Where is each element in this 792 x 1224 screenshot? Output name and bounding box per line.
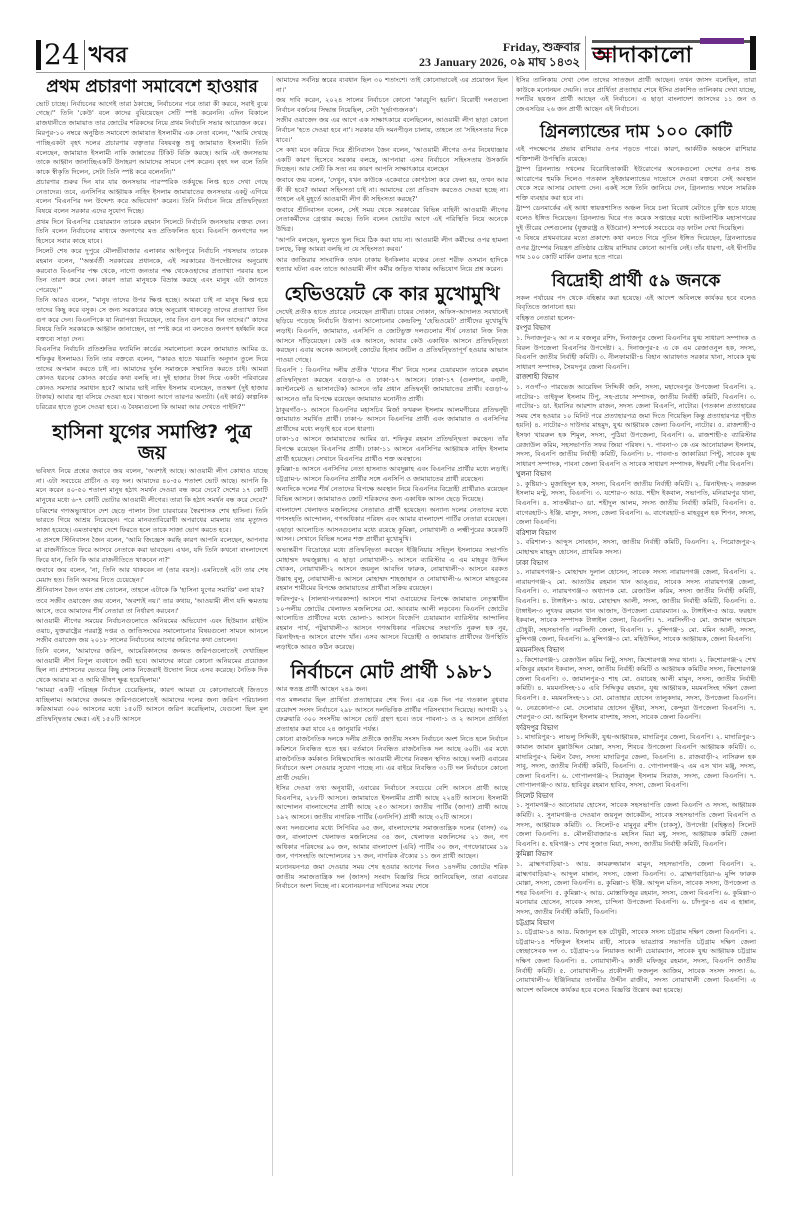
date-label: 23 January 2026, ০৯ মাঘ ১৪৩২ — [419, 55, 580, 70]
paragraph: এ বিষয়ে প্রথমবারের মতো প্রকাশ্যে কথা বল… — [516, 234, 756, 263]
paragraph: বহিষ্কৃত নেতারা হলেন- — [516, 314, 756, 324]
division-list: ১. চট্টগ্রাম-১৪ আড. মিজানুল হক চৌধুরী, স… — [516, 928, 756, 995]
division-heading: কুমিল্লা বিভাগ — [516, 850, 756, 860]
headline-campaign-rally: প্রথম প্রচারণা সমাবেশে হাওয়ার — [36, 78, 268, 98]
article-ec-list: ইসির তালিকায় দেখা গেল তাদের সাতজন প্রার… — [516, 76, 756, 114]
masthead-bar — [750, 36, 756, 70]
article-hasina-era: ভবিষ্যৎ নিয়ে প্রশ্নের জবাবে জয় বলেন, '… — [36, 467, 268, 724]
dateline: Friday, শুক্রবার 23 January 2026, ০৯ মাঘ… — [419, 40, 580, 70]
paragraph: শ্রীনিবাসন জৈন তখন প্রশ্ন তোলেন, তাহলে এ… — [36, 586, 268, 596]
paragraph: চব্বিশের গণঅভ্যুত্থানে দেশ ছেড়ে পালান ট… — [36, 507, 268, 536]
division-heading: বরিশাল বিভাগ — [516, 529, 756, 539]
paragraph: জয় দাবি করেন, ২০২৪ সালের নির্বাচনে কোনো… — [276, 96, 508, 115]
newspaper-page: 24 খবর Friday, শুক্রবার 23 January 2026,… — [36, 36, 756, 1186]
paragraph: 'আপনি বলছেন, ভুলতে ভুল দিয়ে ঠিক করা যায… — [276, 236, 508, 255]
page-number: 24 — [44, 40, 80, 70]
paragraph: জবাবে শ্রীনিবাসন বলেন, সেই সময় থেকে সরক… — [276, 206, 508, 235]
column-rule — [272, 76, 273, 1176]
paragraph: কুমিল্লা-৪ আসনে এনসিপির নেতা হাসনাত আবদু… — [276, 465, 508, 484]
division-heading: ময়মনসিংহ বিভাগ — [516, 646, 756, 656]
paragraph: দেখেই প্রতীক হাতে প্রচারে নেমেছেন প্রার্… — [276, 308, 508, 366]
division-heading: সিলেট বিভাগ — [516, 792, 756, 802]
headline-total-candidates: নির্বাচনে মোট প্রার্থী ১৯৮১ — [276, 662, 508, 684]
division-list: ১. বরিশাল-১ আব্দুস সোবহান, সদস্য, জাতীয়… — [516, 538, 756, 557]
division-list: ১. নারায়ণগঞ্জ-১ মোহাম্মদ দুলাল হোসেন, স… — [516, 568, 756, 645]
paragraph: ঠাকুরগাঁও-১ আসনে বিএনপির মহাসচিব মির্জা … — [276, 406, 508, 435]
paragraph: গত মঙ্গলবার ছিল প্রার্থিতা প্রত্যাহারের … — [276, 696, 508, 734]
masthead-logo: আদাকালো — [585, 36, 756, 70]
article-campaign-rally: ভোট চাচ্ছে। নির্বাচনের আগেই তারা ঠকাচ্ছে… — [36, 100, 268, 413]
paragraph: বিএনপি : বিএনপির দলীয় প্রতীক 'ধানের শীষ… — [276, 366, 508, 404]
paragraph: ভবিষ্যৎ নিয়ে প্রশ্নের জবাবে জয় বলেন, '… — [36, 467, 268, 505]
division-heading: রংপুর বিভাগ — [516, 324, 756, 334]
masthead-title: আদাকালো — [592, 44, 693, 68]
division-heading: ঢাকা বিভাগ — [516, 559, 756, 569]
paragraph: সজীব ওয়াজেদ জয় এর আগে এক সাক্ষাৎকারে ব… — [276, 116, 508, 145]
paragraph: সকল পর্যায়ের পদ থেকে বহিষ্কার করা হয়েছ… — [516, 294, 756, 313]
paragraph: এ প্রসঙ্গে স্টিনিবাসন জৈন বলেন, 'আমি জিজ… — [36, 536, 268, 565]
division-list: ১. কুষ্টিয়া-১ মুজাহিদুল হক, সদস্য, বিএন… — [516, 480, 756, 528]
paragraph: তিনি আরও বলেন, ''মানুষ তাদের উপর ক্ষিপ্ত… — [36, 296, 268, 344]
paragraph: তিনি বলেন, 'আমাদের জরিপ, আমেরিকানদের জনম… — [36, 647, 268, 685]
paragraph: ট্রাম্প ডেনমার্কের এই আধা স্বায়ত্তশাসিত… — [516, 204, 756, 233]
division-heading: রাজশাহী বিভাগ — [516, 373, 756, 383]
article-columns: প্রথম প্রচারণা সমাবেশে হাওয়ার ভোট চাচ্ছ… — [36, 76, 756, 1186]
paragraph: ভোট চাচ্ছে। নির্বাচনের আগেই তারা ঠকাচ্ছে… — [36, 100, 268, 129]
headline-heavyweights: হেভিওয়েট কে কার মুখোমুখি — [276, 284, 508, 306]
paragraph: 'আমরা একটি পরিচ্ছন্ন নির্বাচন চেয়েছিলাম… — [36, 686, 268, 724]
page-number-bar — [36, 40, 41, 70]
division-heading: ফরিদপুর বিভাগ — [516, 724, 756, 734]
paragraph: এই পদক্ষেপের প্রভাব রাশিয়ার ওপর পড়তে প… — [516, 145, 756, 164]
division-list: ১. ব্রাহ্মণবাড়িয়া-১ আড. কামরুজ্জামান ম… — [516, 860, 756, 918]
paragraph: আমাদের সর্বনিম্ন স্তরের ব্যবধান ছিল ৩০ শ… — [276, 76, 508, 95]
paragraph: বিএনপির নির্বাচনি প্রতিশ্রুতির ফ্যামিলি … — [36, 345, 268, 412]
paragraph: জবাবে জয় বলেন, 'দেখুন, যখন কাউকে একেবার… — [276, 176, 508, 205]
article-jay-interview: আমাদের সর্বনিম্ন স্তরের ব্যবধান ছিল ৩০ শ… — [276, 76, 508, 275]
column-left: প্রথম প্রচারণা সমাবেশে হাওয়ার ভোট চাচ্ছ… — [36, 76, 268, 1186]
paragraph: এছাড়া আলোচিত আসনগুলোর মধ্যে রয়েছে কুমি… — [276, 526, 508, 545]
division-heading: খুলনা বিভাগ — [516, 470, 756, 480]
day-label: Friday, শুক্রবার — [419, 40, 580, 55]
section-name: খবর — [89, 42, 128, 70]
headline-hasina-era: হাসিনা যুগের সমাপ্তি? পুত্র জয় — [36, 422, 268, 466]
column-middle: আমাদের সর্বনিম্ন স্তরের ব্যবধান ছিল ৩০ শ… — [276, 76, 508, 1186]
paragraph: ইসির তালিকায় দেখা গেল তাদের সাতজন প্রার… — [516, 76, 756, 114]
division-list: ১. সুনামগঞ্জ-৩ আনোয়ার হোসেন, সাবেক সহসভ… — [516, 801, 756, 849]
paragraph: সিলেট শেষ করে দুপুরে মৌলভীবাজার এলাকার আ… — [36, 247, 268, 295]
page-header: 24 খবর Friday, শুক্রবার 23 January 2026,… — [36, 36, 756, 73]
page-number-block: 24 খবর — [36, 36, 127, 70]
paragraph: সে কথা মনে করিয়ে দিয়ে শ্রীনিবাসন জৈন ব… — [276, 146, 508, 175]
headline-rebels: বিদ্রোহী প্রার্থী ৫৯ জনকে — [516, 272, 756, 292]
paragraph: মিরপুর-১০ নম্বরে অনুষ্ঠিত সমাবেশে জামায়… — [36, 129, 268, 177]
paragraph: প্রথম দিনে বিএনপির চেয়ারম্যান তারেক রহম… — [36, 218, 268, 247]
paragraph: ঢাকা-১৫ আসনে জামায়াতের আমির ডা. শফিকুর … — [276, 435, 508, 464]
column-right: ইসির তালিকায় দেখা গেল তাদের সাতজন প্রার… — [516, 76, 756, 1186]
paragraph: আওয়ামী লীগের সময়ের নির্বাচনগুলোতে অনিয… — [36, 617, 268, 646]
paragraph: আর জাজিরার সাংবাদিক তখন ঢাকায় ইনকিলাব ম… — [276, 256, 508, 275]
article-total-candidates: আর স্বতন্ত্র প্রার্থী আছেন ২৪৯ জন। গত মঙ… — [276, 685, 508, 891]
paragraph: আর স্বতন্ত্র প্রার্থী আছেন ২৪৯ জন। — [276, 685, 508, 695]
paragraph: অন্য দলগুলোর মধ্যে সিপিবির ৬৫ জন, বাংলাদ… — [276, 824, 508, 862]
paragraph: জবাবে জয় বলেন, 'না, তিনি আর থাকবেন না (… — [36, 566, 268, 585]
paragraph: ইসির দেওয়া তথ্য অনুযায়ী, এবারের নির্বা… — [276, 784, 508, 822]
article-rebels: সকল পর্যায়ের পদ থেকে বহিষ্কার করা হয়েছ… — [516, 294, 756, 996]
column-rule — [512, 76, 513, 1176]
paragraph: ট্রাম্প গ্রিনল্যান্ড দখলের বিরোধিতাকারী … — [516, 165, 756, 203]
paragraph: ফরিদপুর-২ (সালথা-নগরকান্দা) আসনে শামা ওব… — [276, 595, 508, 653]
paragraph: প্রচারণার শুরুর দিন যার যার জনসভায় পারস… — [36, 178, 268, 216]
masthead-tag — [700, 38, 744, 44]
division-list: ১. নওগাঁ-৩ পারভেজ আরেফিন সিদ্দিকী জনি, স… — [516, 383, 756, 469]
division-heading: চট্টগ্রাম বিভাগ — [516, 919, 756, 929]
article-greenland: এই পদক্ষেপের প্রভাব রাশিয়ার ওপর পড়তে প… — [516, 145, 756, 263]
division-list: ১. কিশোরগঞ্জ-১ রেজাউল করিম লিটু, সদস্য, … — [516, 656, 756, 723]
divider — [84, 40, 85, 70]
division-list: ১. দিনাজপুর-২ আ ন ম বজলুর রশিদ, দিনাজপুর… — [516, 334, 756, 372]
paragraph: মনোনয়নপত্র জমা দেওয়ার সময় শেষ হওয়ার … — [276, 863, 508, 892]
paragraph: কোনো রাজনৈতিক দলকে দলীয় প্রতীকে জাতীয় … — [276, 735, 508, 783]
division-list: ১. মাদারিপুর-১ লাভলু সিদ্দিকী, যুগ্ম-আহ্… — [516, 733, 756, 791]
paragraph: বাংলাদেশ খেলাফত মজলিসের নেতারাও প্রার্থী… — [276, 506, 508, 525]
paragraph: অন্যদিকে দলের শীর্ষ নেতাদের বিপক্ষে অবস্… — [276, 485, 508, 504]
headline-greenland: গ্রিনল্যান্ডের দাম ১০০ কোটি — [516, 123, 756, 143]
article-heavyweights: দেখেই প্রতীক হাতে প্রচারে নেমেছেন প্রার্… — [276, 308, 508, 653]
paragraph: অভ্যন্তরীণ বিদ্রোহের মধ্যে প্রতিদ্বন্দ্ব… — [276, 546, 508, 594]
paragraph: তবে সজীব ওয়াজেদ জয় বলেন, 'অবশ্যই নয়।'… — [36, 597, 268, 616]
